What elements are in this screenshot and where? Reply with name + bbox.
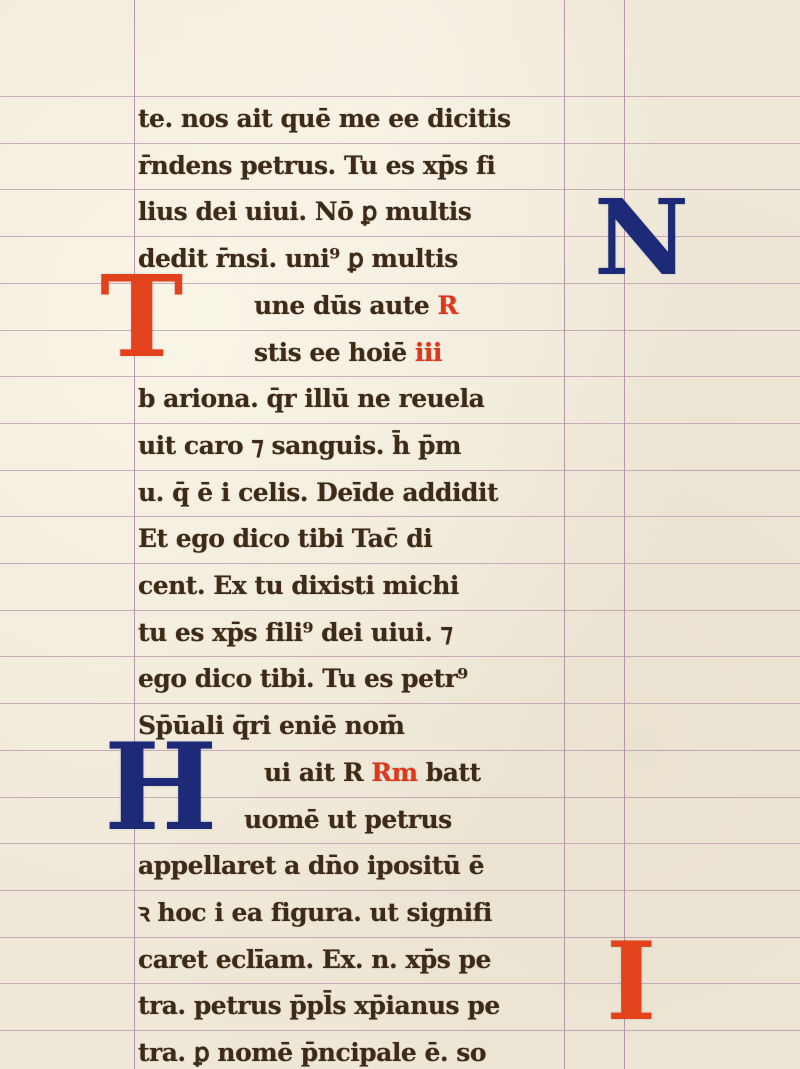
rubric-mark: R — [429, 291, 457, 320]
line-text: uomē ut petrus — [244, 805, 452, 834]
line-text: lius dei uiui. Nō ꝑ multis — [138, 197, 471, 226]
decorated-initial-n: N — [594, 186, 689, 290]
ruling-line — [0, 890, 800, 891]
ruling-line — [0, 563, 800, 564]
text-line: une dūs aute R — [254, 289, 458, 323]
text-line: tra. petrus p̄pl̄s xp̄ianus pe — [138, 989, 500, 1023]
line-text: ui ait R — [264, 758, 363, 787]
ruling-line — [0, 96, 800, 97]
text-line: b ariona. q̄r illū ne reuela — [138, 382, 484, 416]
text-line: uomē ut petrus — [244, 803, 452, 837]
decorated-initial-h: H — [104, 728, 217, 848]
ruling-line — [0, 516, 800, 517]
text-line: r̄ndens petrus. Tu es xp̄s fi — [138, 149, 495, 183]
line-text: dedit r̄nsi. uni⁹ ꝑ multis — [138, 244, 458, 273]
line-text: Et ego dico tibi Tac̄ di — [138, 524, 432, 553]
line-text: b ariona. q̄r illū ne reuela — [138, 384, 484, 413]
text-line: uit caro ⁊ sanguis. h̄ p̄m — [138, 429, 461, 463]
ruling-line — [0, 937, 800, 938]
line-text: ꝛ hoc i ea figura. ut signifi — [138, 898, 492, 927]
ruling-column-b-left — [624, 0, 625, 1069]
ruling-line — [0, 983, 800, 984]
text-line: dedit r̄nsi. uni⁹ ꝑ multis — [138, 242, 458, 276]
ruling-line — [0, 656, 800, 657]
line-text: stis ee hoiē — [254, 338, 407, 367]
text-line: Et ego dico tibi Tac̄ di — [138, 522, 432, 556]
text-line: ego dico tibi. Tu es petr⁹ — [138, 662, 468, 696]
text-line: te. nos ait quē me ee dicitis — [138, 102, 511, 136]
text-line: caret eclīam. Ex. n. xp̄s pe — [138, 943, 491, 977]
line-text: une dūs aute — [254, 291, 429, 320]
ruling-line — [0, 1030, 800, 1031]
rubric-mark: Rm — [363, 758, 417, 787]
ruling-line — [0, 470, 800, 471]
line-text: cent. Ex tu dixisti michi — [138, 571, 459, 600]
text-line: tu es xp̄s fili⁹ dei uiui. ⁊ — [138, 616, 452, 650]
line-text: uit caro ⁊ sanguis. h̄ p̄m — [138, 431, 461, 460]
line-text: tra. petrus p̄pl̄s xp̄ianus pe — [138, 991, 500, 1020]
text-line: lius dei uiui. Nō ꝑ multis — [138, 195, 471, 229]
manuscript-leaf: te. nos ait quē me ee dicitisr̄ndens pet… — [0, 0, 800, 1069]
line-text: caret eclīam. Ex. n. xp̄s pe — [138, 945, 491, 974]
ruling-line — [0, 703, 800, 704]
ruling-line — [0, 423, 800, 424]
line-text-after: batt — [418, 758, 481, 787]
text-line: ui ait R Rm batt — [264, 756, 481, 790]
ruling-line — [0, 610, 800, 611]
text-line: ꝛ hoc i ea figura. ut signifi — [138, 896, 492, 930]
ruling-left-margin — [134, 0, 135, 1069]
text-line: u. q̄ ē i celis. Deīde addidit — [138, 476, 498, 510]
text-line: cent. Ex tu dixisti michi — [138, 569, 459, 603]
text-line: stis ee hoiē iii — [254, 336, 442, 370]
ruling-column-a-right — [564, 0, 565, 1069]
line-text: tu es xp̄s fili⁹ dei uiui. ⁊ — [138, 618, 452, 647]
line-text: ego dico tibi. Tu es petr⁹ — [138, 664, 468, 693]
decorated-initial-t: T — [100, 262, 183, 374]
line-text: tra. ꝑ nomē p̄ncipale ē. so — [138, 1038, 486, 1067]
line-text: u. q̄ ē i celis. Deīde addidit — [138, 478, 498, 507]
ruling-line — [0, 143, 800, 144]
text-line: tra. ꝑ nomē p̄ncipale ē. so — [138, 1036, 486, 1069]
decorated-initial-i: I — [606, 928, 657, 1036]
rubric-mark: iii — [407, 338, 442, 367]
line-text: r̄ndens petrus. Tu es xp̄s fi — [138, 151, 495, 180]
line-text: te. nos ait quē me ee dicitis — [138, 104, 511, 133]
